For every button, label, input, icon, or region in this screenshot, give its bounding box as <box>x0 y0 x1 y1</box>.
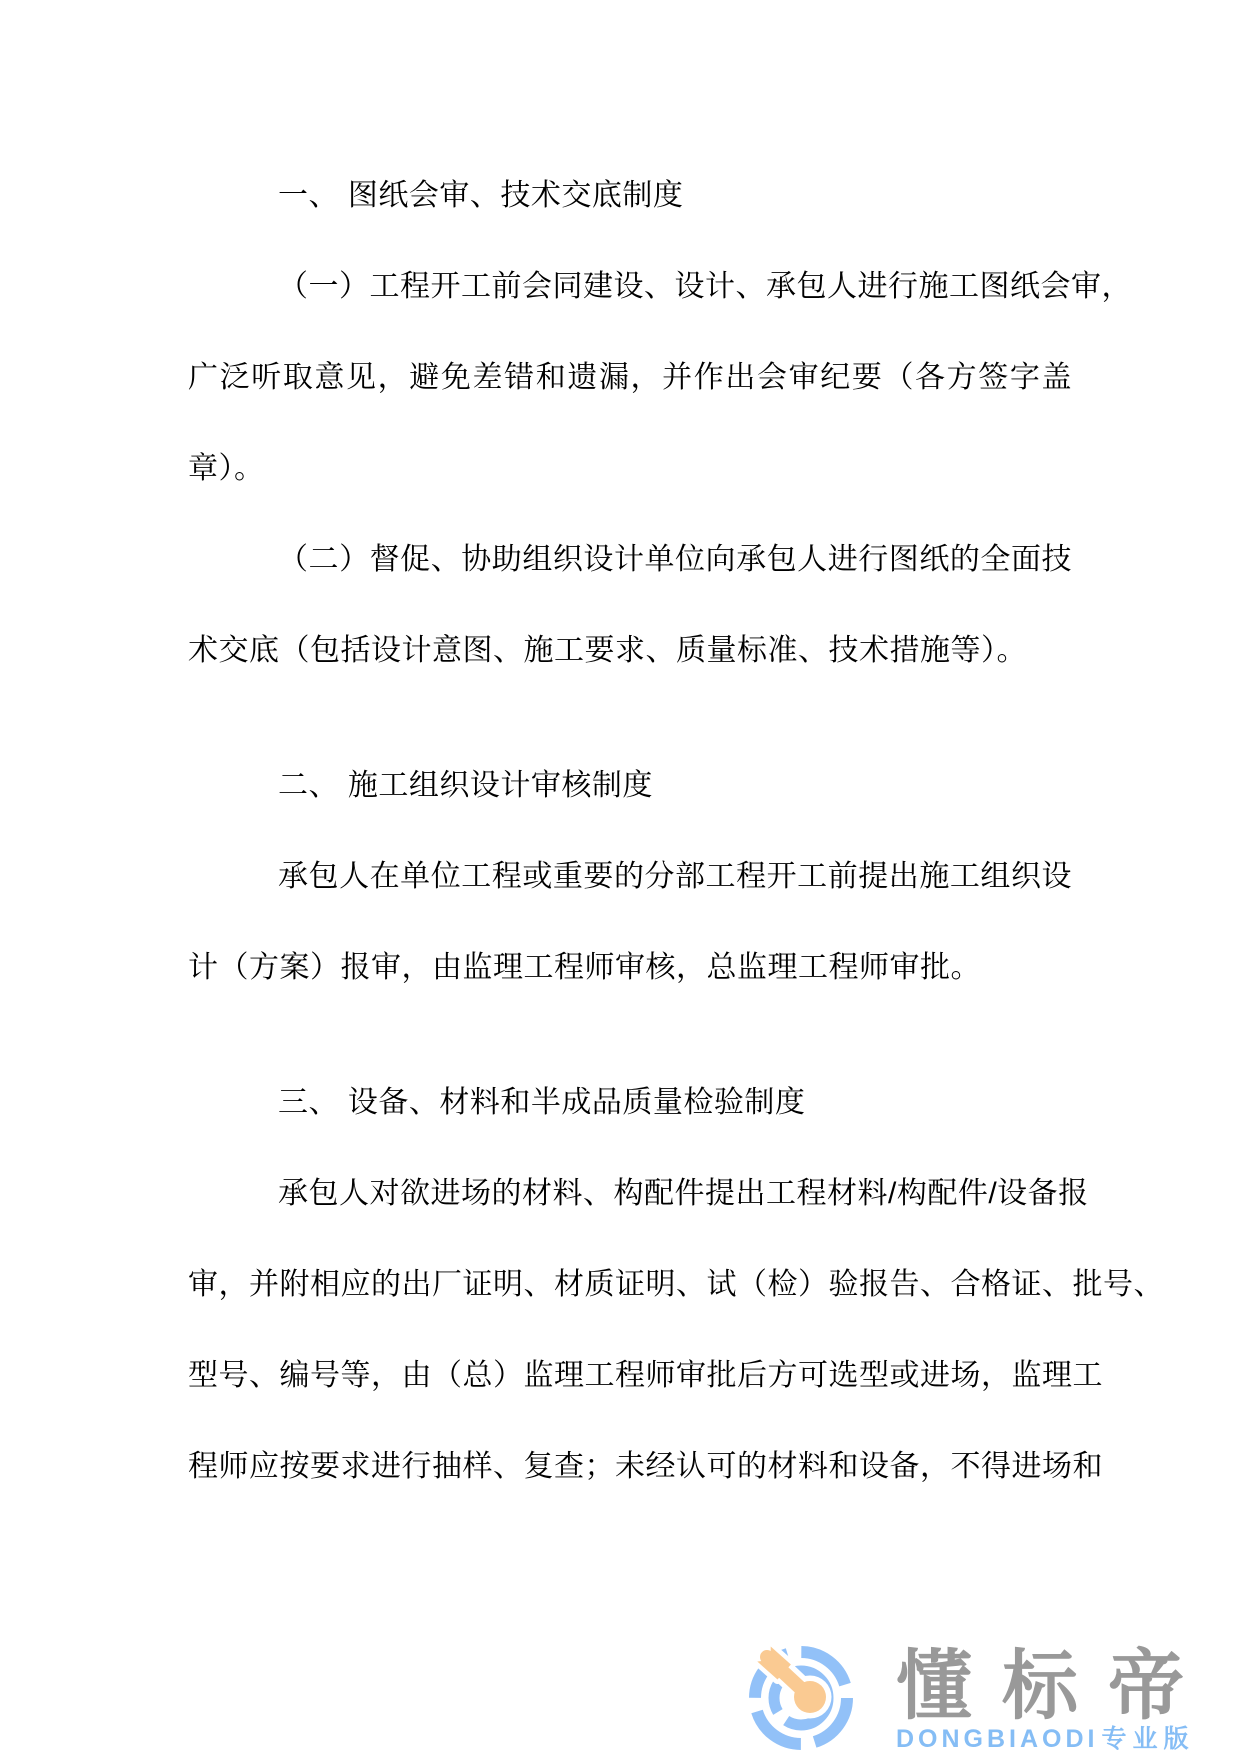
document-page: 一、 图纸会审、技术交底制度 （一）工程开工前会同建设、设计、承包人进行施工图纸… <box>0 0 1241 1754</box>
text-line: 章）。 <box>188 423 1072 514</box>
edition-label: 专业版 <box>1102 1725 1195 1753</box>
text-line: 型号、编号等，由（总）监理工程师审批后方可选型或进场，监理工 <box>188 1330 1072 1421</box>
brand-name-en-line: DONGBIAODI专业版 <box>896 1727 1214 1752</box>
text-line: 计（方案）报审，由监理工程师审核，总监理工程师审批。 <box>188 922 1072 1013</box>
text-line: （一）工程开工前会同建设、设计、承包人进行施工图纸会审， <box>188 241 1072 332</box>
section-heading-3: 三、 设备、材料和半成品质量检验制度 <box>188 1057 1072 1148</box>
text-line: 术交底（包括设计意图、施工要求、质量标准、技术措施等）。 <box>188 605 1072 696</box>
brand-name-cn: 懂标帝 <box>896 1650 1214 1724</box>
text-line: 承包人在单位工程或重要的分部工程开工前提出施工组织设 <box>188 831 1072 922</box>
text-line: 程师应按要求进行抽样、复查；未经认可的材料和设备，不得进场和 <box>188 1421 1072 1512</box>
target-dart-icon <box>740 1636 862 1754</box>
text-line: 审，并附相应的出厂证明、材质证明、试（检）验报告、合格证、批号、 <box>188 1239 1072 1330</box>
brand-name-en: DONGBIAODI <box>896 1725 1099 1753</box>
watermark-wordmark: 懂标帝 DONGBIAODI专业版 <box>896 1650 1214 1752</box>
text-line: 广泛听取意见，避免差错和遗漏，并作出会审纪要（各方签字盖 <box>188 332 1072 423</box>
text-line: （二）督促、协助组织设计单位向承包人进行图纸的全面技 <box>188 514 1072 605</box>
document-body: 一、 图纸会审、技术交底制度 （一）工程开工前会同建设、设计、承包人进行施工图纸… <box>188 150 1072 1512</box>
section-heading-1: 一、 图纸会审、技术交底制度 <box>188 150 1072 241</box>
section-heading-2: 二、 施工组织设计审核制度 <box>188 740 1072 831</box>
text-line: 承包人对欲进场的材料、构配件提出工程材料/构配件/设备报 <box>188 1148 1072 1239</box>
